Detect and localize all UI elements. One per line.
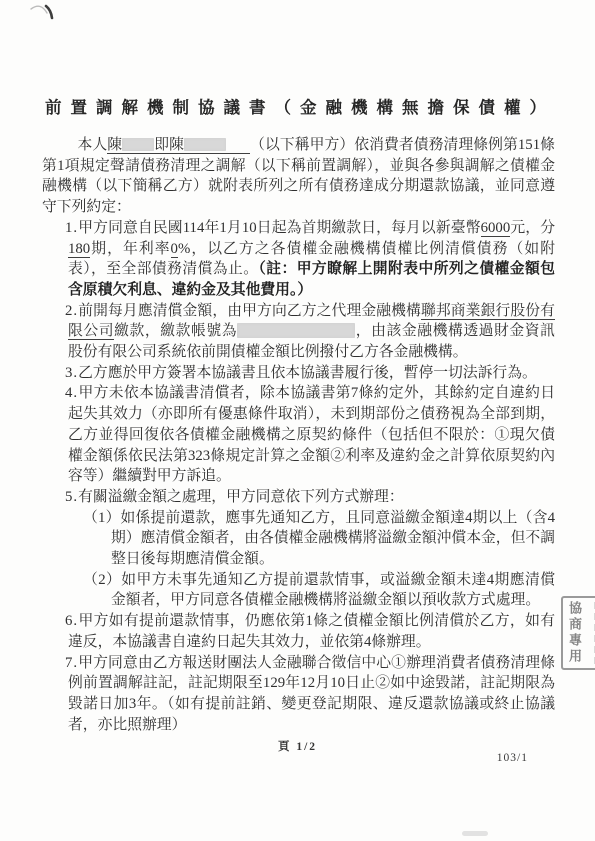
- interest-rate-value: 0: [171, 241, 178, 258]
- item-number: 2.: [65, 303, 78, 319]
- document-body: 本人陳即陳（以下稱甲方）依消費者債務清理條例第151條第1項規定聲請債務清理之調…: [40, 135, 555, 735]
- agreement-item-3: 3.乙方應於甲方簽署本協議書且依本協議書履行後，暫停一切法訴行為。: [40, 363, 555, 384]
- agreement-item-5-sub-1: （1）如係提前還款，應事先通知乙方，且同意溢繳金額達4期以上（含4期）應清償金額…: [40, 508, 555, 570]
- item-number: 3.: [65, 365, 78, 381]
- agreement-item-5-sub-2: （2）如甲方未事先通知乙方提前還款情事，或溢繳金額未達4期應清償金額者，甲方同意…: [40, 570, 555, 611]
- agreement-item-2: 2.前開每月應清償金額，由甲方向乙方之代理金融機構聯邦商業銀行股份有限公司繳款，…: [40, 301, 555, 363]
- redacted-account-number: [237, 323, 355, 338]
- monthly-amount-value: 6000: [481, 220, 511, 237]
- agreement-item-5: 5.有關溢繳金額之處理，甲方同意依下列方式辦理：: [40, 487, 555, 508]
- sub-item-number: （1）: [83, 510, 121, 526]
- item-number: 5.: [65, 489, 78, 505]
- item-number: 4.: [65, 385, 78, 401]
- agreement-item-4: 4.甲方未依本協議書清償者，除本協議書第7條約定外，其餘約定自違約日起失其效力（…: [40, 383, 555, 487]
- item-number: 6.: [65, 613, 78, 629]
- item-number: 7.: [65, 655, 78, 671]
- negotiation-stamp: 協商專用: [561, 596, 595, 670]
- agreement-item-1: 1.甲方同意自民國114年1月10日起為首期繳款日，每月以新臺幣6000元，分1…: [40, 218, 555, 301]
- ink-mark-icon: [30, 2, 58, 24]
- item-number: 1.: [65, 220, 78, 236]
- scan-smudge: [462, 831, 488, 836]
- applicant-name-blank: 陳即陳: [107, 137, 250, 154]
- intro-prefix: 本人: [78, 137, 108, 153]
- redacted-name-2: [184, 138, 226, 151]
- stamp-label: 協商專用: [567, 601, 581, 667]
- intro-paragraph: 本人陳即陳（以下稱甲方）依消費者債務清理條例第151條第1項規定聲請債務清理之調…: [42, 135, 555, 218]
- agreement-item-6: 6.甲方如有提前還款情事，仍應依第1條之債權金額比例清償於乙方，如有違反，本協議…: [40, 611, 555, 652]
- form-code: 103/1: [497, 752, 528, 764]
- agreement-item-7: 7.甲方同意由乙方報送財團法人金融聯合徵信中心①辦理消費者債務清理條例前置調解註…: [40, 653, 555, 736]
- redacted-name-1: [122, 138, 154, 151]
- scanned-agreement-page: 前置調解機制協議書（金融機構無擔保債權） 本人陳即陳（以下稱甲方）依消費者債務清…: [0, 0, 595, 841]
- installments-value: 180: [68, 241, 90, 258]
- sub-item-number: （2）: [83, 572, 121, 588]
- document-title: 前置調解機制協議書（金融機構無擔保債權）: [45, 94, 555, 118]
